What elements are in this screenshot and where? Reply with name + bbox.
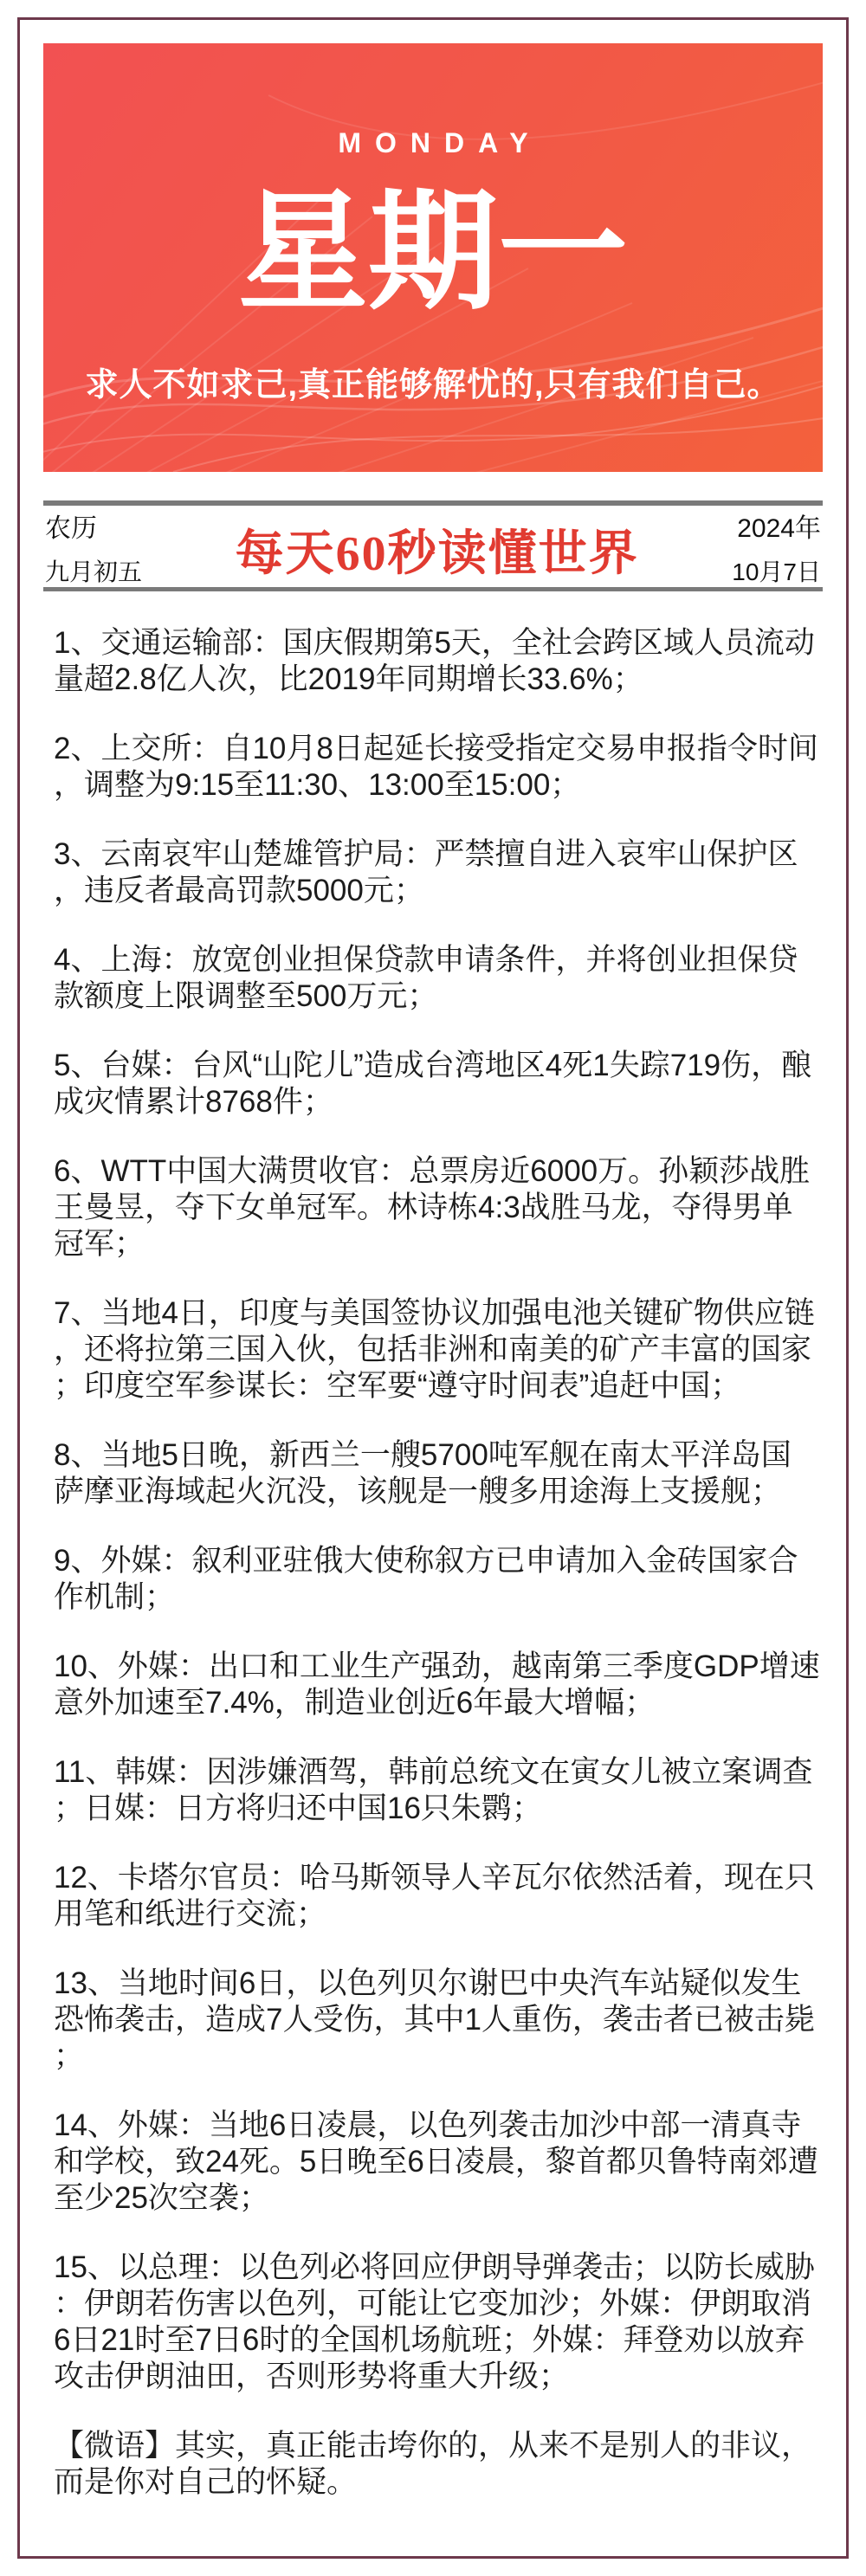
news-item-12: 12、卡塔尔官员：哈马斯领导人辛瓦尔依然活着，现在只用笔和纸进行交流； — [54, 1860, 821, 1933]
news-item-2: 2、上交所：自10月8日起延长接受指定交易申报指令时间，调整为9:15至11:3… — [54, 731, 821, 804]
news-item-4: 4、上海：放宽创业担保贷款申请条件，并将创业担保贷款额度上限调整至500万元； — [54, 942, 821, 1015]
weiyu-note: 【微语】其实，真正能击垮你的，从来不是别人的非议，而是你对自己的怀疑。 — [54, 2428, 821, 2501]
gregorian-date-block: 2024年 10月7日 — [730, 505, 823, 588]
lunar-date-block: 农历 九月初五 — [43, 505, 144, 588]
lunar-date-value: 九月初五 — [45, 553, 142, 588]
news-item-5: 5、台媒：台风“山陀儿”造成台湾地区4死1失踪719伤，酿成灾情累计8768件； — [54, 1048, 821, 1120]
banner-quote: 求人不如求己,真正能够解忧的,只有我们自己。 — [43, 365, 823, 405]
news-item-6: 6、WTT中国大满贯收官：总票房近6000万。孙颖莎战胜王曼昱，夺下女单冠军。林… — [54, 1153, 821, 1262]
date-value: 10月7日 — [732, 553, 821, 588]
year-value: 2024年 — [732, 507, 821, 545]
weekday-english-label: MONDAY — [43, 126, 823, 159]
news-item-13: 13、当地时间6日，以色列贝尔谢巴中央汽车站疑似发生恐怖袭击，造成7人受伤，其中… — [54, 1966, 821, 2075]
date-bar: 农历 九月初五 每天60秒读懂世界 2024年 10月7日 — [43, 500, 823, 591]
news-item-1: 1、交通运输部：国庆假期第5天，全社会跨区域人员流动量超2.8亿人次，比2019… — [54, 625, 821, 698]
daily-60s-title: 每天60秒读懂世界 — [144, 508, 730, 584]
news-list: 1、交通运输部：国庆假期第5天，全社会跨区域人员流动量超2.8亿人次，比2019… — [54, 625, 821, 2501]
weekday-chinese-title: 星期一 — [43, 171, 823, 336]
news-item-11: 11、韩媒：因涉嫌酒驾，韩前总统文在寅女儿被立案调查；日媒：日方将归还中国16只… — [54, 1754, 821, 1827]
news-digest-page: MONDAY 星期一 求人不如求己,真正能够解忧的,只有我们自己。 农历 九月初… — [0, 0, 866, 2576]
lunar-calendar-label: 农历 — [45, 507, 142, 545]
news-item-7: 7、当地4日，印度与美国签协议加强电池关键矿物供应链，还将拉第三国入伙，包括非洲… — [54, 1295, 821, 1404]
news-item-14: 14、外媒：当地6日凌晨，以色列袭击加沙中部一清真寺和学校，致24死。5日晚至6… — [54, 2108, 821, 2217]
news-item-15: 15、以总理：以色列必将回应伊朗导弹袭击；以防长威胁：伊朗若伤害以色列，可能让它… — [54, 2250, 821, 2395]
news-item-10: 10、外媒：出口和工业生产强劲，越南第三季度GDP增速意外加速至7.4%，制造业… — [54, 1649, 821, 1721]
news-item-9: 9、外媒：叙利亚驻俄大使称叙方已申请加入金砖国家合作机制； — [54, 1543, 821, 1616]
news-item-3: 3、云南哀牢山楚雄管护局：严禁擅自进入哀牢山保护区，违反者最高罚款5000元； — [54, 836, 821, 909]
news-item-8: 8、当地5日晚，新西兰一艘5700吨军舰在南太平洋岛国萨摩亚海域起火沉没，该舰是… — [54, 1437, 821, 1510]
weekday-banner: MONDAY 星期一 求人不如求己,真正能够解忧的,只有我们自己。 — [43, 43, 823, 472]
